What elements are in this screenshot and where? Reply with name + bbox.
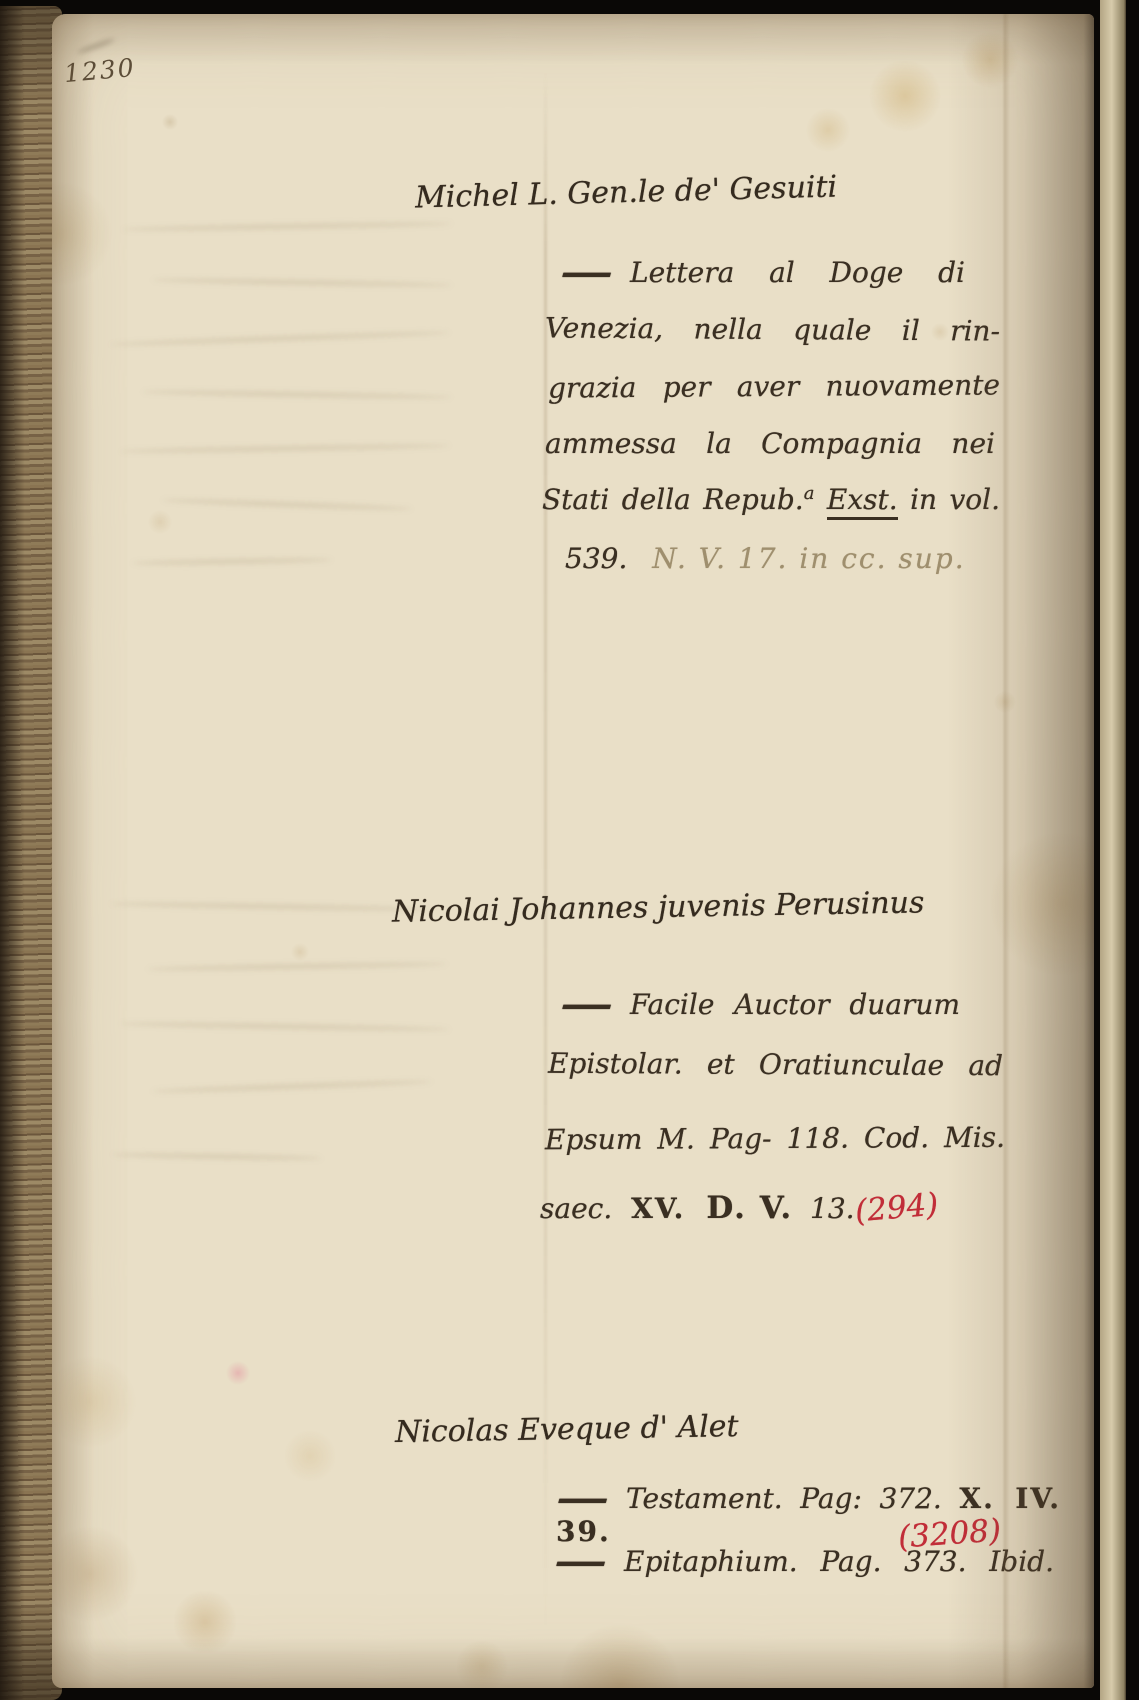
entry-line: Epsum M. Pag- 118. Cod. Mis.	[545, 1121, 1005, 1156]
entry-line: Epistolar. et Oratiunculae ad	[548, 1047, 1003, 1082]
entry-dash: —	[554, 1540, 607, 1583]
entry-line: Stati della Repub.a Exst. in vol.	[542, 483, 1000, 516]
entry-heading-nicolas: Nicolas Eveque d' Alet	[395, 1409, 739, 1450]
entry-line-text: Testament. Pag: 372.	[626, 1482, 942, 1515]
entry-line-text: in vol.	[910, 483, 1000, 516]
bleedthrough-mark	[110, 901, 430, 912]
entry-line: Venezia, nella quale il rin-	[545, 311, 1000, 347]
folio-number: 1230	[63, 53, 137, 88]
bleedthrough-mark	[142, 389, 452, 399]
pencil-squiggle	[77, 37, 116, 54]
bleedthrough-mark	[147, 961, 447, 971]
bleedthrough-mark	[110, 330, 450, 347]
entry-line-text: saec.	[540, 1192, 612, 1225]
entry-line: ammessa la Compagnia nei	[545, 427, 995, 460]
red-catalog-number: (294)	[853, 1186, 939, 1229]
entry-line-text: Epitaphium. Pag. 373. Ibid.	[624, 1545, 1054, 1578]
underlined-word: Exst.	[827, 483, 898, 520]
entry-heading-jesuit: Michel L. Gen.le de' Gesuiti	[415, 169, 838, 215]
bleedthrough-mark	[112, 1152, 322, 1161]
entry-line-text: Facile Auctor duarum	[630, 988, 960, 1021]
volume-number: 539.	[565, 542, 627, 575]
entry-dash: —	[560, 983, 613, 1026]
bleedthrough-mark	[132, 557, 332, 565]
bleedthrough-mark	[152, 1079, 432, 1094]
shelfmark-roman: XV.	[631, 1192, 685, 1225]
bleedthrough-mark	[122, 221, 452, 232]
bleedthrough-mark	[120, 1021, 450, 1032]
entry-line: —Lettera al Doge di	[560, 256, 965, 289]
adjacent-page-edge	[1100, 0, 1126, 1700]
superscript-abbrev: a	[804, 483, 815, 504]
shelfmark-number: 13.	[810, 1192, 855, 1225]
entry-line: saec. XV. D. V. 13.(294)	[540, 1190, 938, 1226]
entry-dash: —	[556, 1477, 609, 1520]
entry-line-text: Lettera al Doge di	[630, 256, 965, 289]
bleedthrough-mark	[152, 277, 452, 287]
entry-heading-nicolai: Nicolai Johannes juvenis Perusinus	[392, 885, 925, 929]
bleedthrough-mark	[120, 443, 450, 454]
shelfmark-faded: N. V. 17. in cc. sup.	[652, 542, 965, 575]
page-fold-line	[544, 72, 547, 1632]
entry-line: grazia per aver nuovamente	[548, 368, 1000, 404]
manuscript-scan: 1230 Michel L. Gen.le de' Gesuiti —Lette…	[0, 0, 1139, 1700]
bleedthrough-mark	[162, 498, 412, 512]
entry-dash: —	[560, 251, 613, 294]
shelfmark-roman: D. V.	[706, 1190, 793, 1226]
entry-line: —Facile Auctor duarum	[560, 988, 960, 1021]
entry-line: —Epitaphium. Pag. 373. Ibid.	[554, 1545, 1054, 1578]
entry-line: 539. N. V. 17. in cc. sup.	[565, 542, 966, 575]
manuscript-page: 1230 Michel L. Gen.le de' Gesuiti —Lette…	[52, 14, 1094, 1688]
entry-line-text: Stati della Repub.	[542, 483, 804, 516]
